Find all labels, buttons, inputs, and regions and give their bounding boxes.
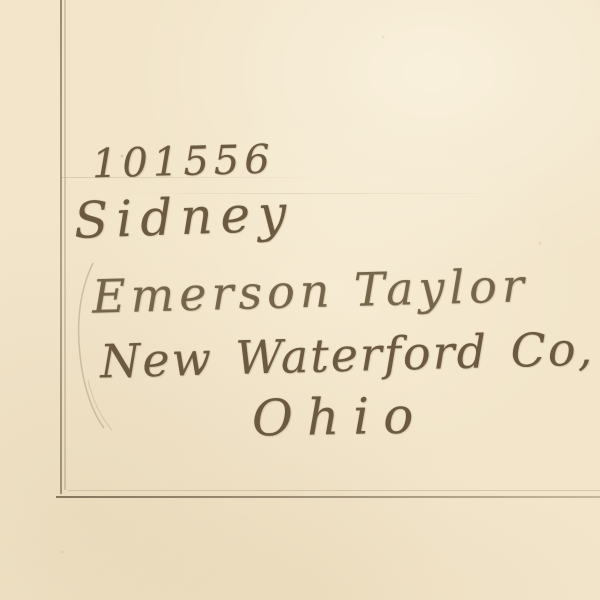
handwritten-record-number: 101556 <box>92 140 276 185</box>
handwritten-state: Ohio <box>252 390 428 443</box>
vertical-ruled-line-faint <box>64 0 66 490</box>
horizontal-ruled-line-faint <box>68 490 600 491</box>
handwritten-full-name: Emerson Taylor <box>91 262 529 319</box>
vertical-ruled-line <box>60 0 62 494</box>
horizontal-ruled-line <box>56 496 600 498</box>
handwritten-place: New Waterford Co, <box>99 326 594 385</box>
scanned-paper-page: 101556 Sidney Emerson Taylor New Waterfo… <box>0 0 600 600</box>
handwritten-given-name: Sidney <box>73 188 295 246</box>
